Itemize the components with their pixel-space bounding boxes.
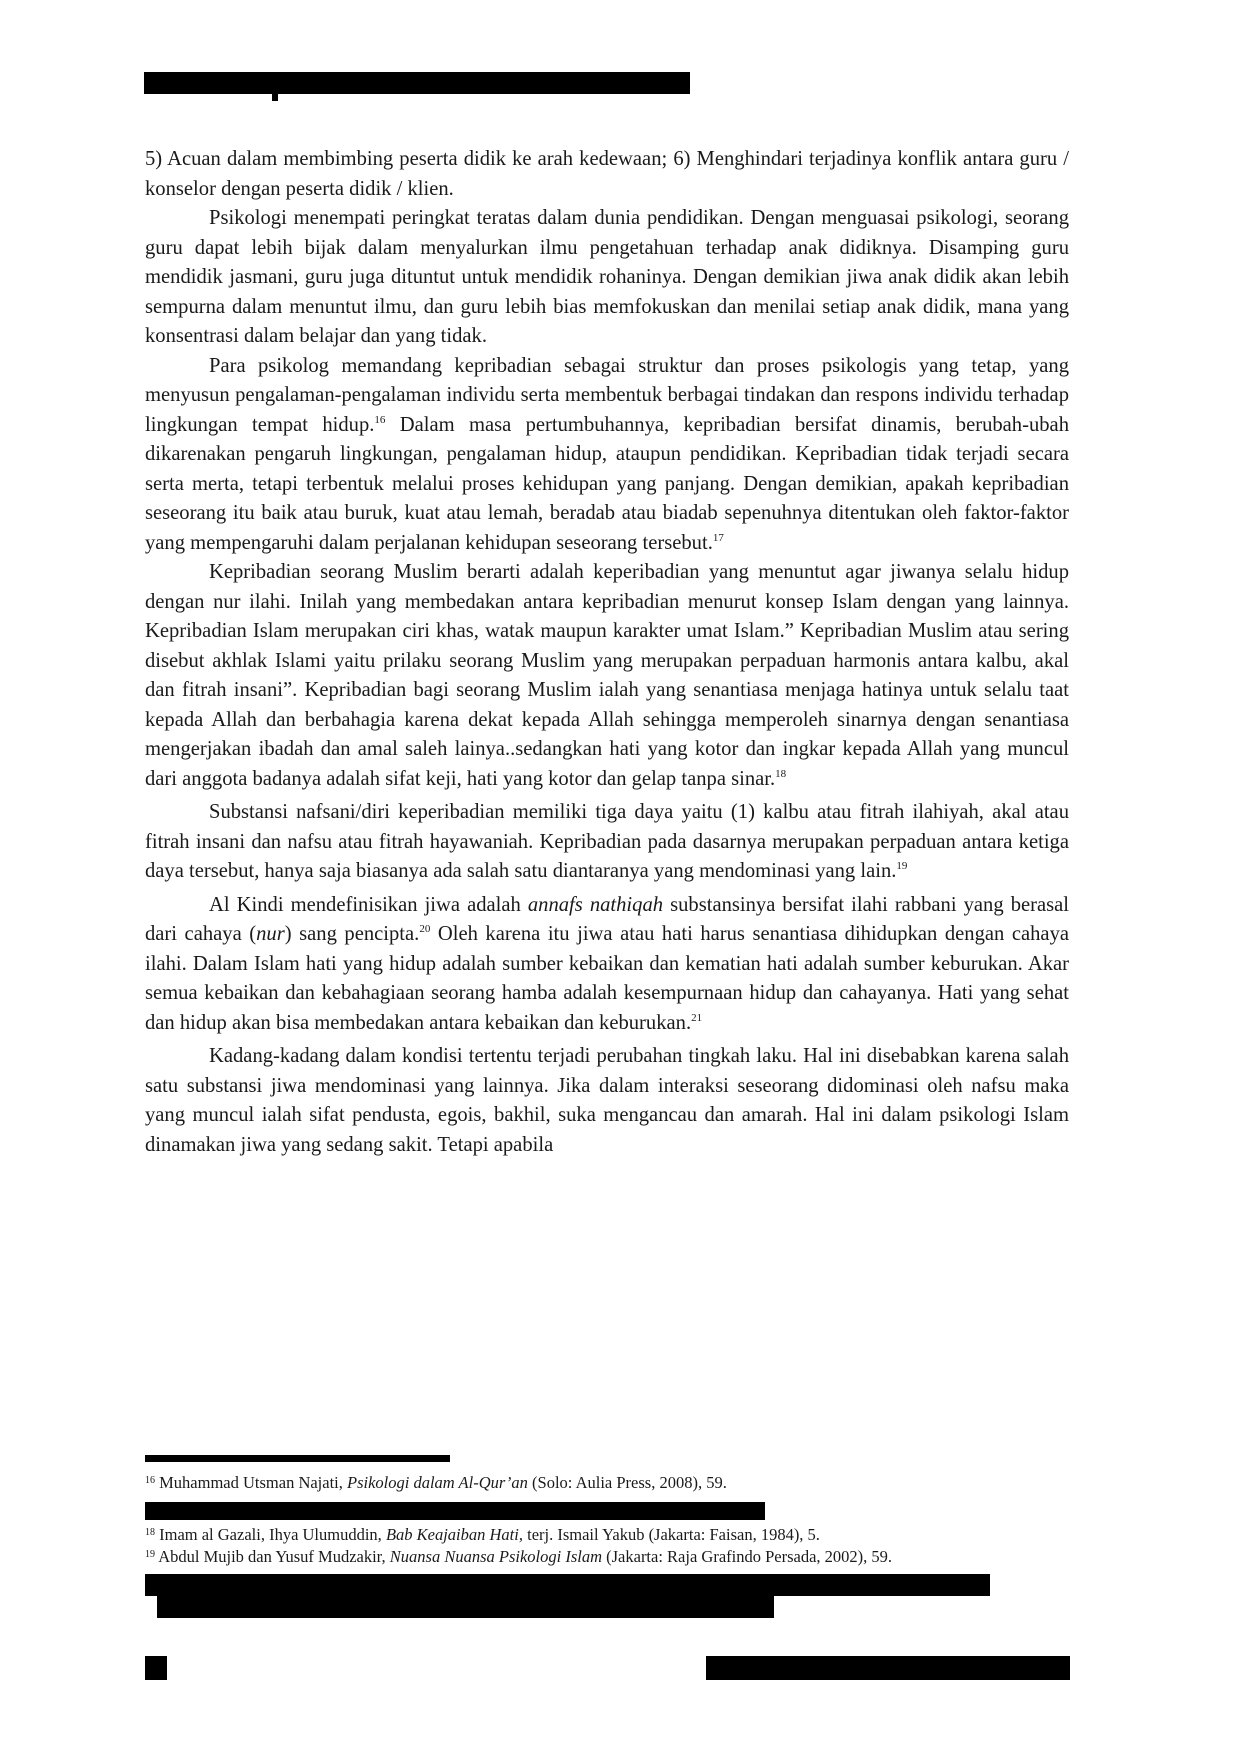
footnote-separator [145,1455,450,1462]
footnote-text: Imam al Gazali, Ihya Ulumuddin, [155,1525,386,1544]
footnote-title: Nuansa Nuansa Psikologi Islam [390,1547,602,1566]
footnote-17-redacted [145,1502,765,1520]
footnote-ref[interactable]: 17 [713,532,724,544]
footnote-ref[interactable]: 19 [896,860,907,872]
paragraph: 5) Acuan dalam membimbing peserta didik … [145,145,1069,204]
footnotes: 16 Muhammad Utsman Najati, Psikologi dal… [145,1472,1085,1568]
footnote-number: 19 [145,1549,155,1560]
paragraph: Kepribadian seorang Muslim berarti adala… [145,558,1069,794]
running-header-redacted [144,72,690,94]
paragraph-text: Kepribadian seorang Muslim berarti adala… [145,561,1069,790]
footnote-text: Abdul Mujib dan Yusuf Mudzakir, [155,1547,390,1566]
footnote-16: 16 Muhammad Utsman Najati, Psikologi dal… [145,1472,1085,1494]
footnote-ref[interactable]: 20 [419,923,430,935]
footnote-20-redacted [145,1574,990,1596]
footnote-21-redacted [157,1596,774,1618]
paragraph: Para psikolog memandang kepribadian seba… [145,352,1069,559]
footnote-title: Psikologi dalam Al-Qur’an [347,1473,528,1492]
footnote-number: 18 [145,1527,155,1538]
footnote-text: (Solo: Aulia Press, 2008), 59. [528,1473,727,1492]
footnote-ref[interactable]: 21 [691,1012,702,1024]
paragraph: Al Kindi mendefinisikan jiwa adalah anna… [145,891,1069,1039]
footnote-title: Bab Keajaiban Hati [386,1525,519,1544]
paragraph: Psikologi menempati peringkat teratas da… [145,204,1069,352]
footnote-number: 16 [145,1475,155,1486]
paragraph: Kadang-kadang dalam kondisi tertentu ter… [145,1042,1069,1160]
paragraph: Substansi nafsani/diri keperibadian memi… [145,798,1069,887]
page-number-redacted [145,1656,167,1680]
footnote-18: 18 Imam al Gazali, Ihya Ulumuddin, Bab K… [145,1524,1085,1546]
footer-journal-info-redacted [706,1656,1070,1680]
footnote-text: (Jakarta: Raja Grafindo Persada, 2002), … [602,1547,892,1566]
paragraph-text: Substansi nafsani/diri keperibadian memi… [145,801,1069,882]
footnote-19: 19 Abdul Mujib dan Yusuf Mudzakir, Nuans… [145,1546,1085,1568]
footnote-text: Muhammad Utsman Najati, [155,1473,347,1492]
paragraph-text: Al Kindi mendefinisikan jiwa adalah [209,894,528,916]
footnote-ref[interactable]: 18 [775,768,786,780]
italic-term: annafs nathiqah [528,894,663,916]
footnote-ref[interactable]: 16 [374,414,385,426]
body-text: 5) Acuan dalam membimbing peserta didik … [145,145,1069,1160]
paragraph-text: ) sang pencipta. [285,923,420,945]
italic-term: nur [256,923,285,945]
footnote-text: , terj. Ismail Yakub (Jakarta: Faisan, 1… [519,1525,820,1544]
